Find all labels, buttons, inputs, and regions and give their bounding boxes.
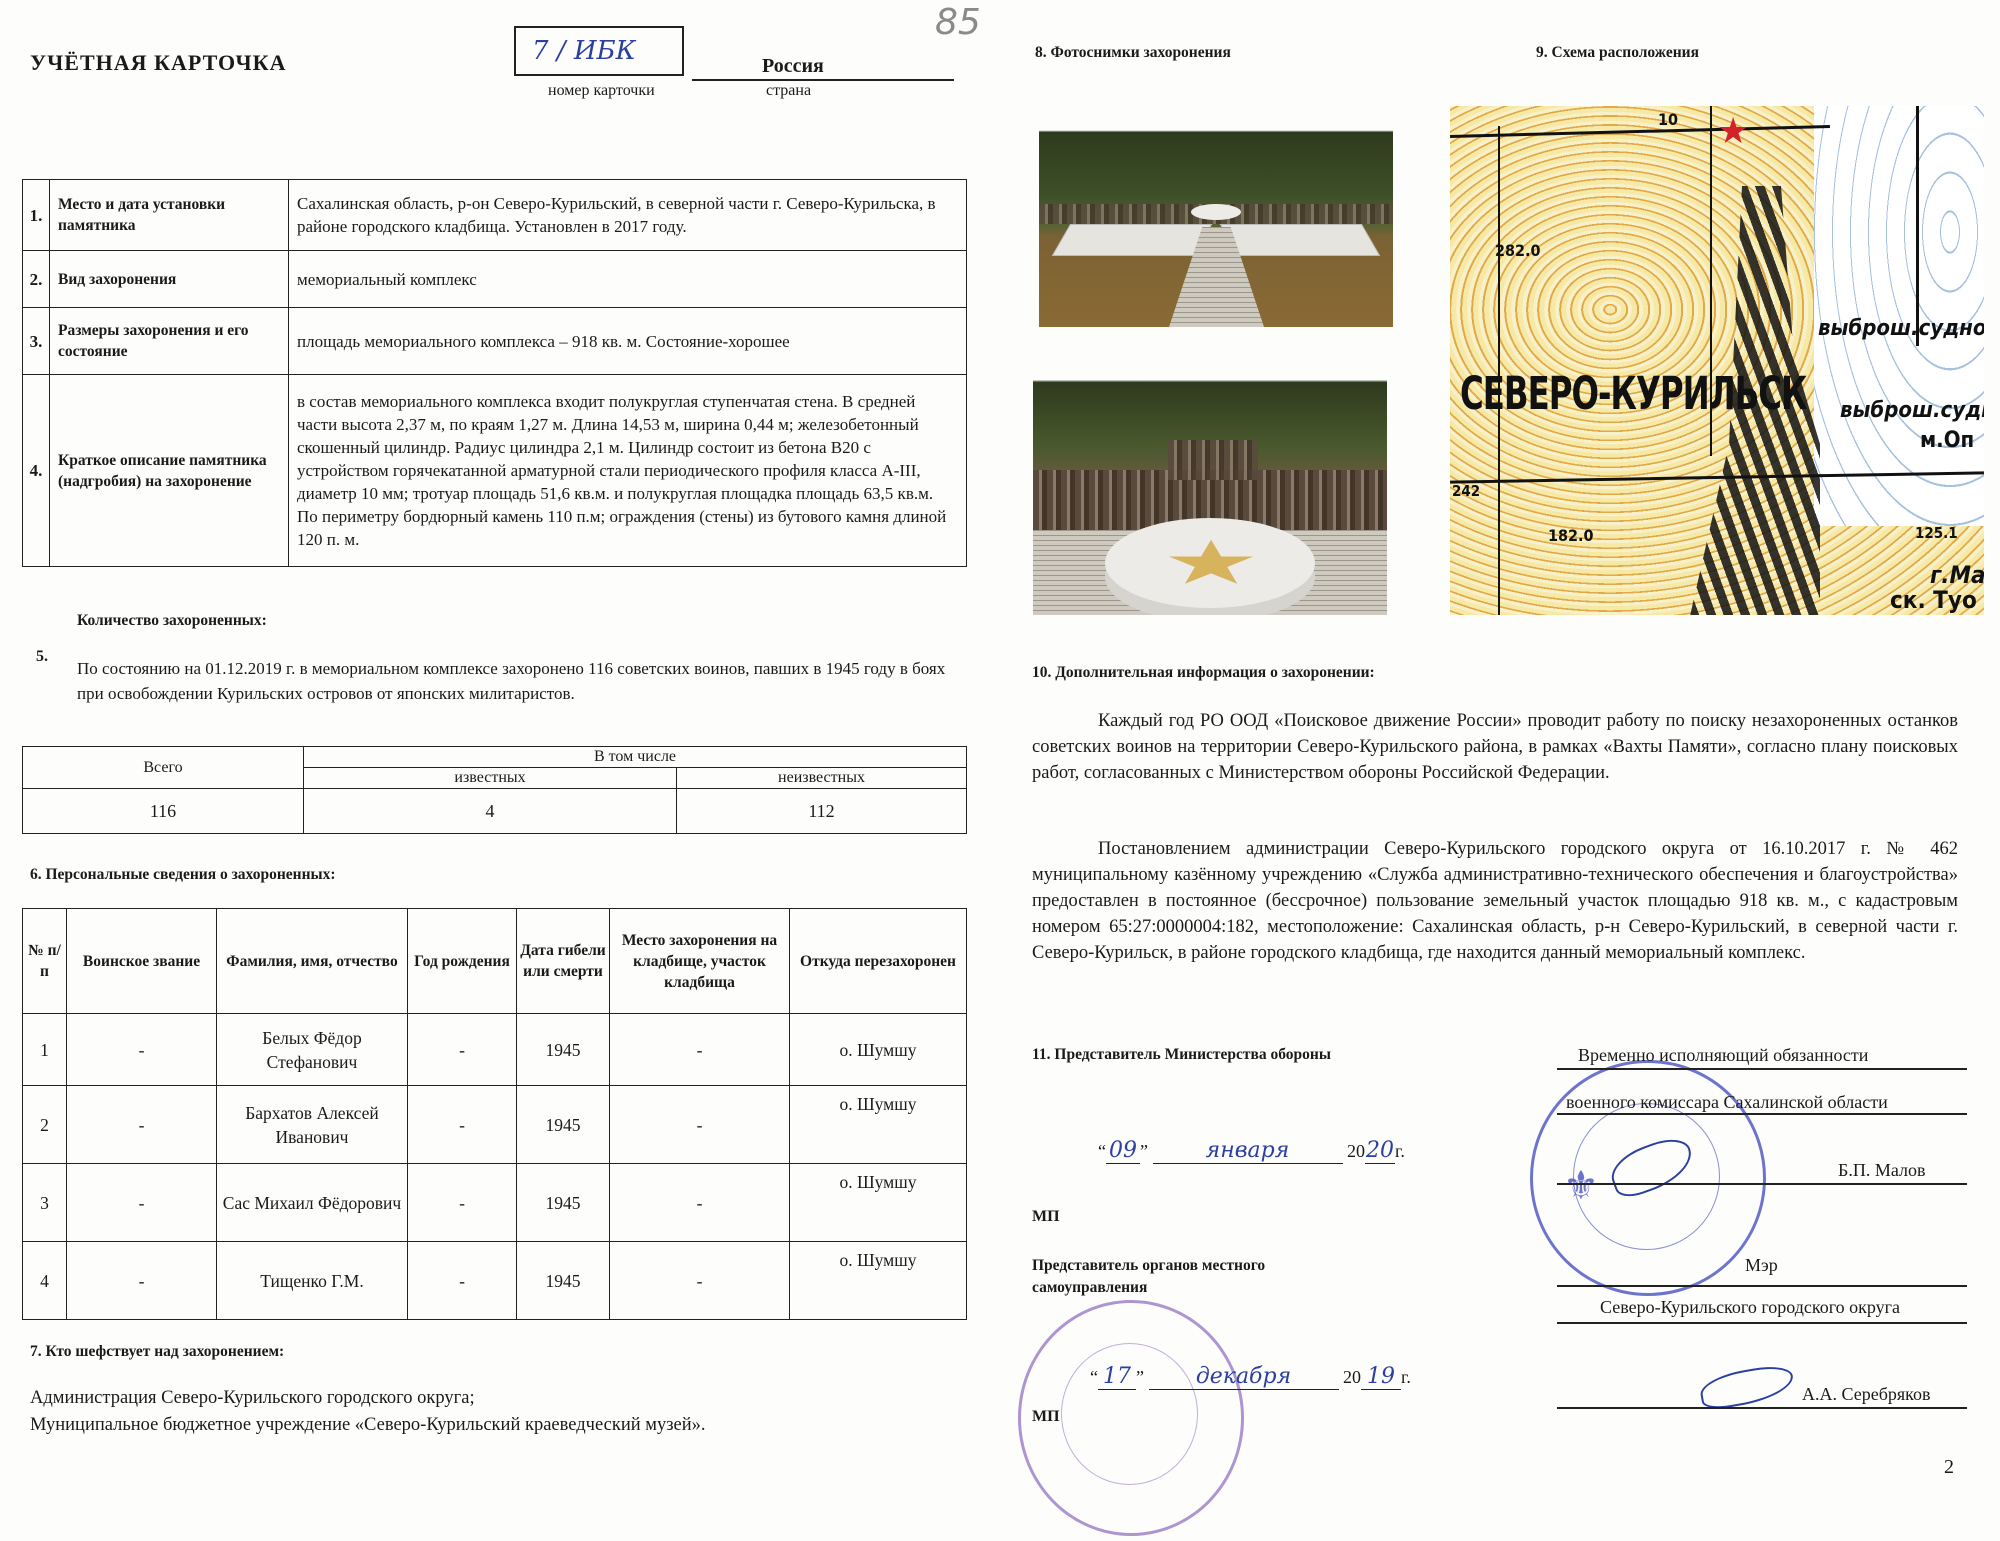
date-year: 20 <box>1365 1138 1395 1164</box>
map-elevation-label: 282.0 <box>1495 241 1541 260</box>
row-number: 1 <box>23 1014 67 1086</box>
section-8-heading: 8. Фотоснимки захоронения <box>1035 44 1231 62</box>
mod-seal-place: МП <box>1032 1208 1060 1226</box>
memorial-overview-photo <box>1039 122 1393 327</box>
birth-year-cell: - <box>408 1086 517 1164</box>
date-year: 19 <box>1361 1364 1401 1390</box>
signature-line <box>1557 1322 1967 1324</box>
row-value: в состав мемориального комплекса входит … <box>289 375 967 567</box>
unknown-header: неизвестных <box>677 768 967 789</box>
birth-year-cell: - <box>408 1164 517 1242</box>
date-day: 09 <box>1106 1138 1140 1164</box>
reburied-from-cell: о. Шумшу <box>790 1014 967 1086</box>
burial-place-cell: - <box>610 1014 790 1086</box>
map-ship-label: выброш.судно <box>1840 398 1984 423</box>
section-7-heading: 7. Кто шефствует над захоронением: <box>30 1343 284 1361</box>
row-value: площадь мемориального комплекса – 918 кв… <box>289 308 967 375</box>
reburied-from-cell: о. Шумшу <box>790 1086 967 1164</box>
location-marker-star-icon: ★ <box>1717 113 1749 149</box>
section-5-text: По состоянию на 01.12.2019 г. в мемориал… <box>77 656 957 706</box>
rank-cell: - <box>67 1242 217 1320</box>
row-value: Сахалинская область, р-он Северо-Курильс… <box>289 180 967 251</box>
person-row: 4-Тищенко Г.М.-1945-о. Шумшу <box>23 1242 967 1320</box>
burial-count-table: Всего В том числе известных неизвестных … <box>22 746 967 834</box>
person-row: 2-Бархатов Алексей Иванович-1945-о. Шумш… <box>23 1086 967 1164</box>
date-suffix: г. <box>1395 1141 1405 1161</box>
local-gov-heading: Представитель органов местного самоуправ… <box>1032 1255 1332 1299</box>
name-cell: Сас Михаил Фёдорович <box>217 1164 408 1242</box>
map-cape-label: г.Ма <box>1930 561 1984 589</box>
birth-year-cell: - <box>408 1242 517 1320</box>
map-elevation-label: 242 <box>1452 482 1480 500</box>
row-label: Вид захоронения <box>50 251 289 308</box>
map-elevation-label: 182.0 <box>1548 526 1594 545</box>
death-date-cell: 1945 <box>517 1164 610 1242</box>
country-underline <box>692 79 954 81</box>
signature-line <box>1557 1068 1967 1070</box>
person-row: 1-Белых Фёдор Стефанович-1945-о. Шумшу <box>23 1014 967 1086</box>
death-date-cell: 1945 <box>517 1014 610 1086</box>
additional-info-paragraph: Постановлением администрации Северо-Кури… <box>1032 836 1958 966</box>
mod-name: Б.П. Малов <box>1838 1160 1925 1181</box>
country-value: Россия <box>762 55 824 78</box>
col-reburied-from: Откуда перезахоронен <box>790 909 967 1014</box>
known-value: 4 <box>304 789 677 834</box>
country-label: страна <box>766 82 811 100</box>
total-header: Всего <box>23 747 304 789</box>
row-label: Место и дата установки памятника <box>50 180 289 251</box>
date-month: января <box>1153 1138 1343 1164</box>
burial-place-cell: - <box>610 1242 790 1320</box>
mod-title-line1: Временно исполняющий обязанности <box>1578 1045 1868 1066</box>
star-icon: ★ <box>1141 533 1281 594</box>
row-value: мемориальный комплекс <box>289 251 967 308</box>
burial-place-cell: - <box>610 1086 790 1164</box>
row-number: 2. <box>23 251 50 308</box>
buried-persons-table: № п/п Воинское звание Фамилия, имя, отче… <box>22 908 967 1320</box>
local-gov-signature <box>1698 1362 1796 1412</box>
col-burial-place: Место захоронения на кладбище, участок к… <box>610 909 790 1014</box>
row-number: 4 <box>23 1242 67 1320</box>
patron-list: Администрация Северо-Курильского городск… <box>30 1385 706 1439</box>
section-6-heading: 6. Персональные сведения о захороненных: <box>30 866 336 884</box>
unknown-value: 112 <box>677 789 967 834</box>
monument-info-table: 1. Место и дата установки памятника Саха… <box>22 179 967 567</box>
patron-item: Муниципальное бюджетное учреждение «Севе… <box>30 1412 706 1439</box>
section-5-number: 5. <box>36 648 48 666</box>
date-century: 20 <box>1347 1141 1365 1161</box>
date-century: 20 <box>1343 1367 1361 1387</box>
reburied-from-cell: о. Шумшу <box>790 1242 967 1320</box>
row-label: Краткое описание памятника (надгробия) н… <box>50 375 289 567</box>
total-value: 116 <box>23 789 304 834</box>
col-death-date: Дата гибели или смерти <box>517 909 610 1014</box>
signature-line <box>1557 1285 1967 1287</box>
name-cell: Бархатов Алексей Иванович <box>217 1086 408 1164</box>
map-city-label: СЕВЕРО-КУРИЛЬСК <box>1460 369 1807 420</box>
map-grid-label: 10 <box>1658 110 1678 129</box>
info-row: 1. Место и дата установки памятника Саха… <box>23 180 967 251</box>
local-gov-name: А.А. Серебряков <box>1802 1384 1930 1405</box>
row-label: Размеры захоронения и его состояние <box>50 308 289 375</box>
map-cape-label: м.Оп <box>1920 428 1974 453</box>
date-suffix: г. <box>1401 1367 1411 1387</box>
person-row: 3-Сас Михаил Фёдорович-1945-о. Шумшу <box>23 1164 967 1242</box>
sheet-number-handwritten: 85 <box>935 2 981 43</box>
patron-item: Администрация Северо-Курильского городск… <box>30 1385 706 1412</box>
row-number: 2 <box>23 1086 67 1164</box>
death-date-cell: 1945 <box>517 1086 610 1164</box>
row-number: 3. <box>23 308 50 375</box>
map-elevation-label: 125.1 <box>1915 524 1958 542</box>
col-number: № п/п <box>23 909 67 1014</box>
name-cell: Белых Фёдор Стефанович <box>217 1014 408 1086</box>
name-cell: Тищенко Г.М. <box>217 1242 408 1320</box>
local-gov-signature-date: “17” декабря 2019г. <box>1090 1364 1411 1390</box>
row-number: 1. <box>23 180 50 251</box>
map-cape-label: ск. Туо <box>1890 586 1977 614</box>
local-gov-seal-place: МП <box>1032 1408 1060 1426</box>
local-gov-title-line2: Северо-Курильского городского округа <box>1600 1297 1900 1318</box>
section-5-heading: Количество захороненных: <box>77 612 267 630</box>
col-birth-year: Год рождения <box>408 909 517 1014</box>
mod-signature-date: “09” января 2020г. <box>1098 1138 1405 1164</box>
star-monument-photo: ★ <box>1033 370 1387 615</box>
row-number: 4. <box>23 375 50 567</box>
reburied-from-cell: о. Шумшу <box>790 1164 967 1242</box>
page-number: 2 <box>1944 1456 1954 1479</box>
col-name: Фамилия, имя, отчество <box>217 909 408 1014</box>
additional-info-paragraph: Каждый год РО ООД «Поисковое движение Ро… <box>1032 708 1958 786</box>
date-month: декабря <box>1149 1364 1339 1390</box>
rank-cell: - <box>67 1086 217 1164</box>
including-header: В том числе <box>304 747 967 768</box>
info-row: 4. Краткое описание памятника (надгробия… <box>23 375 967 567</box>
signature-line <box>1557 1407 1967 1409</box>
card-number-label: номер карточки <box>548 82 655 100</box>
map-ship-label: выброш.судно <box>1818 316 1984 341</box>
col-rank: Воинское звание <box>67 909 217 1014</box>
mod-title-line2: военного комиссара Сахалинской области <box>1566 1092 1888 1113</box>
document-title: УЧЁТНАЯ КАРТОЧКА <box>30 50 287 76</box>
info-row: 2. Вид захоронения мемориальный комплекс <box>23 251 967 308</box>
section-10-heading: 10. Дополнительная информация о захороне… <box>1032 664 1375 682</box>
card-number-handwritten: 7 / ИБК <box>532 36 636 66</box>
birth-year-cell: - <box>408 1014 517 1086</box>
known-header: известных <box>304 768 677 789</box>
signature-line <box>1557 1113 1967 1115</box>
location-map: 10 СЕВЕРО-КУРИЛЬСК выброш.судно выброш.с… <box>1450 106 1984 615</box>
burial-place-cell: - <box>610 1164 790 1242</box>
section-11-heading: 11. Представитель Министерства обороны <box>1032 1046 1331 1064</box>
local-gov-title-line1: Мэр <box>1745 1255 1778 1276</box>
rank-cell: - <box>67 1014 217 1086</box>
section-9-heading: 9. Схема расположения <box>1536 44 1699 62</box>
info-row: 3. Размеры захоронения и его состояние п… <box>23 308 967 375</box>
date-day: 17 <box>1098 1364 1136 1390</box>
death-date-cell: 1945 <box>517 1242 610 1320</box>
row-number: 3 <box>23 1164 67 1242</box>
signature-line <box>1557 1183 1967 1185</box>
rank-cell: - <box>67 1164 217 1242</box>
